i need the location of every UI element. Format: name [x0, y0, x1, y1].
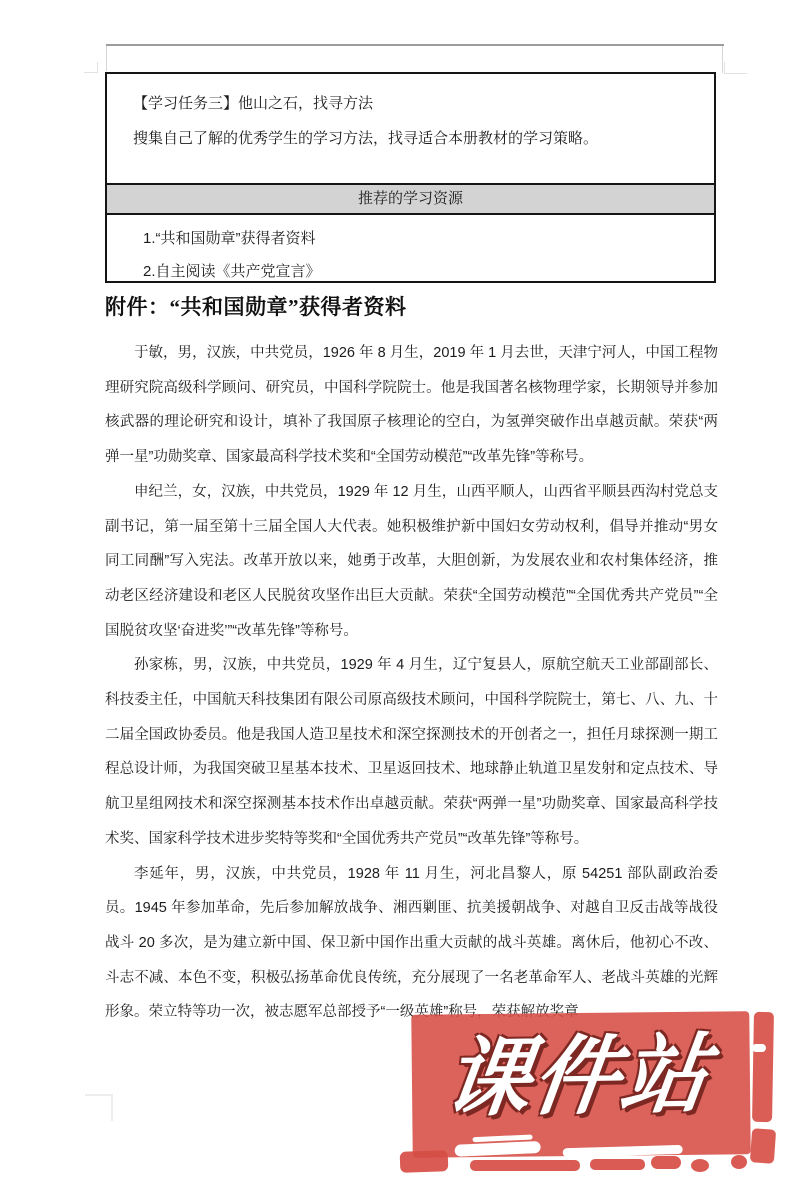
- task-description: 搜集自己了解的优秀学生的学习方法，找寻适合本册教材的学习策略。: [133, 121, 694, 156]
- stamp-bottom-stroke: [691, 1159, 709, 1172]
- margin-crop-mark-top-right: [724, 62, 747, 74]
- stamp-bottom-stroke: [651, 1156, 681, 1169]
- attachment-heading: 附件：“共和国勋章”获得者资料: [105, 291, 407, 321]
- paragraph-li-yannian: 李延年，男，汉族，中共党员，1928 年 11 月生，河北昌黎人，原 54251…: [105, 857, 718, 1031]
- task-title: 【学习任务三】他山之石，找寻方法: [133, 86, 694, 121]
- attachment-body: 于敏，男，汉族，中共党员，1926 年 8 月生，2019 年 1 月去世，天津…: [105, 336, 718, 1030]
- paragraph-sun-jiadong: 孙家栋，男，汉族，中共党员，1929 年 4 月生，辽宁复县人，原航空航天工业部…: [105, 648, 718, 856]
- margin-crop-mark-top-left: [84, 62, 98, 73]
- stamp-distress: [454, 1141, 540, 1157]
- page-top-edge: [106, 44, 724, 46]
- stamp-right-border: [752, 1012, 774, 1122]
- watermark-stamp: 课件站: [408, 1010, 778, 1178]
- task-cell: 【学习任务三】他山之石，找寻方法 搜集自己了解的优秀学生的学习方法，找寻适合本册…: [107, 74, 714, 183]
- resource-item: 2.自主阅读《共产党宣言》: [143, 255, 714, 288]
- stamp-right-border: [750, 1128, 776, 1164]
- resources-header-cell: 推荐的学习资源: [107, 183, 714, 215]
- paragraph-yu-min: 于敏，男，汉族，中共党员，1926 年 8 月生，2019 年 1 月去世，天津…: [105, 336, 718, 475]
- stamp-distress: [752, 1044, 766, 1052]
- page-edge-tick-right: [722, 46, 723, 73]
- resource-item: 1.“共和国勋章”获得者资料: [143, 222, 714, 255]
- resources-cell: 1.“共和国勋章”获得者资料 2.自主阅读《共产党宣言》: [107, 215, 714, 281]
- stamp-bottom-stroke: [731, 1155, 747, 1169]
- margin-crop-mark-bottom-left: [85, 1094, 113, 1121]
- document-page: 【学习任务三】他山之石，找寻方法 搜集自己了解的优秀学生的学习方法，找寻适合本册…: [0, 0, 800, 1200]
- watermark-text: 课件站: [410, 1031, 743, 1123]
- learning-task-table: 【学习任务三】他山之石，找寻方法 搜集自己了解的优秀学生的学习方法，找寻适合本册…: [105, 72, 716, 283]
- paragraph-shen-jilan: 申纪兰，女，汉族，中共党员，1929 年 12 月生，山西平顺人，山西省平顺县西…: [105, 475, 718, 649]
- stamp-bottom-stroke: [400, 1150, 449, 1173]
- stamp-bottom-stroke: [470, 1160, 580, 1171]
- page-edge-tick-left: [106, 46, 107, 71]
- stamp-bottom-stroke: [590, 1159, 645, 1170]
